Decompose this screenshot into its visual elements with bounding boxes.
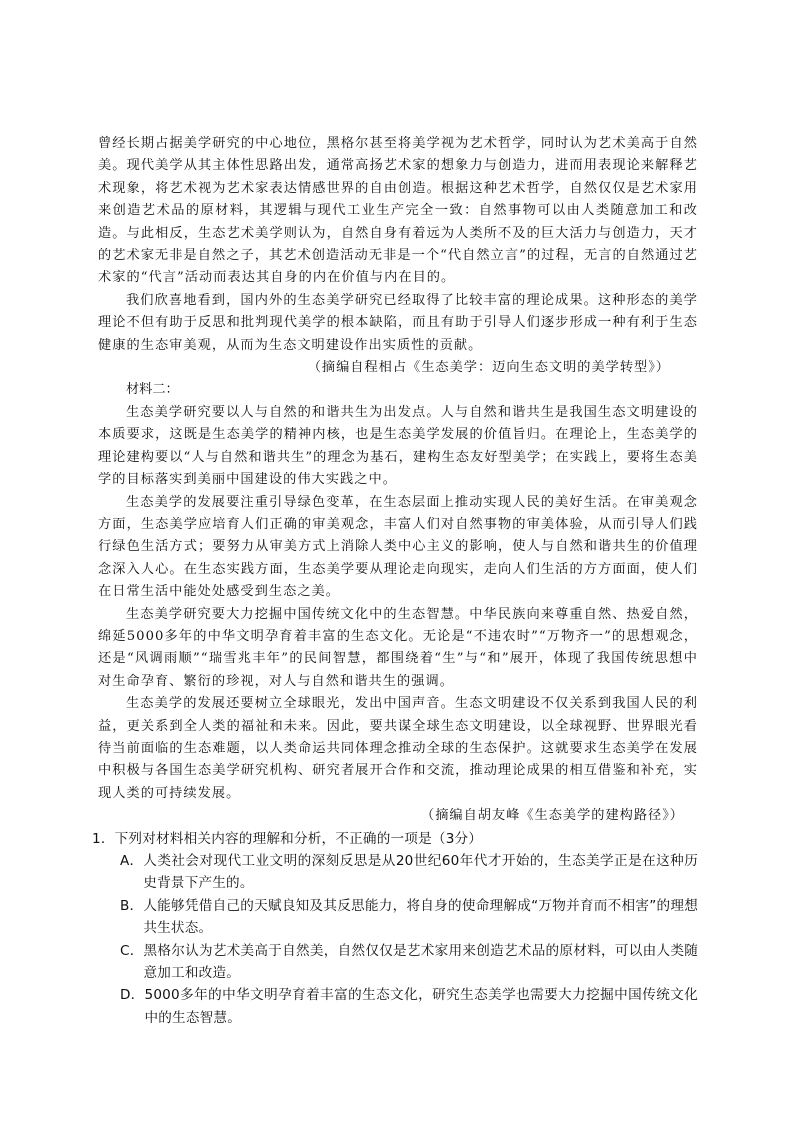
material-two-paragraph-2: 生态美学的发展要注重引导绿色变革，在生态层面上推动实现人民的美好生活。在审美观念… xyxy=(98,492,698,604)
option-d: D． 5000多年的中华文明孕育着丰富的生态文化，研究生态美学也需要大力挖掘中国… xyxy=(98,984,698,1029)
material-one-section: 曾经长期占据美学研究的中心地位，黑格尔甚至将美学视为艺术哲学，同时认为艺术美高于… xyxy=(98,133,698,379)
document-page: 曾经长期占据美学研究的中心地位，黑格尔甚至将美学视为艺术哲学，同时认为艺术美高于… xyxy=(98,133,698,1029)
option-b-letter: B． xyxy=(120,895,143,940)
material-one-source: （摘编自程相占《生态美学：迈向生态文明的美学转型》） xyxy=(98,357,698,379)
material-two-heading: 材料二： xyxy=(98,379,698,401)
question-1: 1．下列对材料相关内容的理解和分析，不正确的一项是（3分） A． 人类社会对现代… xyxy=(98,828,698,1030)
material-one-paragraph-2: 我们欣喜地看到，国内外的生态美学研究已经取得了比较丰富的理论成果。这种形态的美学… xyxy=(98,290,698,357)
material-two-source: （摘编自胡友峰《生态美学的建构路径》） xyxy=(98,805,698,827)
option-c: C． 黑格尔认为艺术美高于自然美，自然仅仅是艺术家用来创造艺术品的原材料，可以由… xyxy=(98,940,698,985)
option-d-letter: D． xyxy=(120,984,144,1029)
option-c-text: 黑格尔认为艺术美高于自然美，自然仅仅是艺术家用来创造艺术品的原材料，可以由人类随… xyxy=(144,940,699,985)
option-a: A． 人类社会对现代工业文明的深刻反思是从20世纪60年代才开始的，生态美学正是… xyxy=(98,850,698,895)
option-c-letter: C． xyxy=(120,940,144,985)
material-two-section: 材料二： 生态美学研究要以人与自然的和谐共生为出发点。人与自然和谐共生是我国生态… xyxy=(98,379,698,827)
material-one-paragraph-1: 曾经长期占据美学研究的中心地位，黑格尔甚至将美学视为艺术哲学，同时认为艺术美高于… xyxy=(98,133,698,290)
material-two-paragraph-4: 生态美学的发展还要树立全球眼光，发出中国声音。生态文明建设不仅关系到我国人民的利… xyxy=(98,693,698,805)
material-two-paragraph-1: 生态美学研究要以人与自然的和谐共生为出发点。人与自然和谐共生是我国生态文明建设的… xyxy=(98,402,698,492)
option-a-letter: A． xyxy=(120,850,143,895)
material-two-paragraph-3: 生态美学研究要大力挖掘中国传统文化中的生态智慧。中华民族向来尊重自然、热爱自然，… xyxy=(98,604,698,694)
option-a-text: 人类社会对现代工业文明的深刻反思是从20世纪60年代才开始的，生态美学正是在这种… xyxy=(143,850,698,895)
question-stem: 1．下列对材料相关内容的理解和分析，不正确的一项是（3分） xyxy=(92,828,698,850)
option-d-text: 5000多年的中华文明孕育着丰富的生态文化，研究生态美学也需要大力挖掘中国传统文… xyxy=(144,984,698,1029)
option-b-text: 人能够凭借自己的天赋良知及其反思能力，将自身的使命理解成“万物并育而不相害”的理… xyxy=(143,895,698,940)
option-b: B． 人能够凭借自己的天赋良知及其反思能力，将自身的使命理解成“万物并育而不相害… xyxy=(98,895,698,940)
